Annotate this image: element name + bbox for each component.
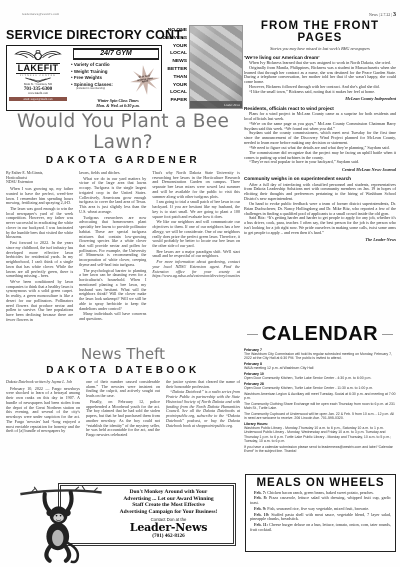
calendar-entry: February 8WAIA meeting 12 p.m. at Washbu… <box>244 362 396 370</box>
datebook-kicker: DAKOTA DATEBOOK <box>6 365 240 376</box>
house-ad-line: YOUR <box>153 43 187 51</box>
spin-class-times: Winter Spin Class Times Mon. & Wed. at 6… <box>73 98 163 108</box>
meal-menu: Stuffed pasta shell with meat sauce, veg… <box>250 512 391 522</box>
spin-times-line: Mon. & Wed. at 6:30 p.m. <box>73 103 163 108</box>
article-paragraph: February 10, 2022 — Fargo newsboys were … <box>6 387 80 434</box>
meal-menu: Chicken bacon ranch, green beans, baked … <box>267 490 374 495</box>
datebook-article: News Theft DAKOTA DATEBOOK Dakota Datebo… <box>6 345 240 466</box>
rule-right <box>382 334 393 336</box>
meal-item: Feb. 10: Stuffed pasta shell with meat s… <box>250 513 391 523</box>
article-paragraph: I am going to trial a small patch of bee… <box>152 200 240 219</box>
datebook-column-2: one of their number caused considerable … <box>86 380 160 466</box>
leader-news-logo: Leader-News <box>109 522 228 534</box>
story-paragraph: “I like the small town,” Bickness said, … <box>244 90 396 95</box>
meal-day: Feb. 7: <box>254 490 266 495</box>
ad-line: Advertising ... Let our Award Winning <box>109 496 228 503</box>
story-paragraph: Originally from Manila, Philippines, Bic… <box>244 66 396 85</box>
story-source: Central McLean News-Journal <box>244 167 396 172</box>
article-paragraph: We've been conditioned by lawn companies… <box>6 280 73 323</box>
ad-line: Don't Monkey Around with Your <box>109 489 228 496</box>
ad-line: Advertising Campaign for Your Business! <box>109 509 228 516</box>
story-source: The Leader-News <box>244 237 396 242</box>
masthead-email: leadernews@westriv.com <box>22 12 59 16</box>
house-ad-text: NO ONE DELIVERS YOUR LOCAL NEWS BETTER T… <box>153 27 187 105</box>
monkey-illustration <box>20 486 102 564</box>
article-paragraph: Bee lawns are a major paradigm shift. We… <box>152 250 240 259</box>
datebook-headline: News Theft <box>6 345 240 363</box>
ad-phone: (701) 462-8126 <box>109 533 228 539</box>
house-ad-line: LOCAL <box>153 89 187 97</box>
article-paragraph: Many individuals will have concerns and … <box>79 312 146 321</box>
story-paragraph: “They're not real popular to have in you… <box>244 160 396 165</box>
story-headline: Community weighs in on superintendent se… <box>244 176 396 181</box>
datebook-about: “Dakota Datebook” is a radio series from… <box>166 390 240 428</box>
datebook-column-1: Dakota Datebook written by Jayma L. Job … <box>6 380 80 466</box>
gardener-columns: By Esther E. McGinnis, Horticulturist ND… <box>6 171 240 336</box>
calendar-entry: The Community Clothing Share Exchange wi… <box>244 402 396 410</box>
gardener-article: Would You Plant a Bee Lawn? DAKOTA GARDE… <box>6 111 240 336</box>
ad-line: Staff Create the Most Effective <box>109 502 228 509</box>
calendar-text: WAIA meeting 12 p.m. at Washburn City Ha… <box>244 366 396 370</box>
story-superintendent-search: Community weighs in on superintendent se… <box>244 176 396 242</box>
story-paragraph: After a full day of interfacing with cla… <box>244 183 396 202</box>
article-paragraph: Finally, on February 12, police apprehen… <box>86 400 160 438</box>
calendar-title: CALENDAR <box>262 323 378 346</box>
gardener-column-3: That's why North Dakota State University… <box>152 171 240 336</box>
meals-on-wheels-box: MEALS ON WHEELS Feb. 7: Chicken bacon ra… <box>245 474 396 552</box>
story-source: McLean County Independent <box>244 96 396 101</box>
eagle-wings-icon <box>12 48 64 63</box>
calendar-text: Open Door Community Kitchen, Turtle Lake… <box>244 386 396 390</box>
house-ad-line: DELIVERS <box>153 35 187 43</box>
front-pages-title: FROM THE FRONT PAGES <box>244 20 396 44</box>
byline: By Esther E. McGinnis, Horticulturist ND… <box>6 171 73 185</box>
calendar-entry: February 28Open Door Community Kitchen, … <box>244 382 396 390</box>
article-paragraph: The lawn was good enough to win the loca… <box>6 207 73 240</box>
gardener-kicker: DAKOTA GARDENER <box>6 155 240 166</box>
article-paragraph: That's why North Dakota State University… <box>152 171 240 199</box>
house-ad-line: THAN <box>153 74 187 82</box>
extension-note: For more information about gardening, co… <box>152 260 240 279</box>
house-ad-line: NEWS <box>153 58 187 66</box>
gardener-column-1: By Esther E. McGinnis, Horticulturist ND… <box>6 171 73 336</box>
gym-bullet-note: (included in membership) <box>71 88 163 91</box>
article-paragraph: What we do in our yard matters by virtue… <box>79 177 146 215</box>
meal-menu: Fish, seasoned rice, five way vegetable,… <box>267 506 369 511</box>
newspapers-photo: Leader-News <box>189 25 243 109</box>
datebook-column-3: the justice system that cleared the name… <box>166 380 240 466</box>
calendar-text: The Community Cupboard of Underwood will… <box>244 412 396 420</box>
meals-title: MEALS ON WHEELS <box>250 477 391 489</box>
lakefit-offer-block: 24/7 GYM • Variety of Cardio • Weight Tr… <box>67 48 163 108</box>
article-paragraph: one of their number caused considerable … <box>86 380 160 399</box>
calendar-text: Washburn Public Library - Monday-Thursda… <box>244 426 396 443</box>
calendar-entry: February 10Open Door Community Kitchen, … <box>244 372 396 380</box>
calendar-entry: The Community Cupboard of Underwood will… <box>244 412 396 420</box>
calendar-entry: Washburn American Legion & Auxiliary wil… <box>244 392 396 400</box>
calendar-entry: If you have a calendar submission please… <box>244 445 396 453</box>
article-paragraph: the justice system that cleared the name… <box>166 380 240 389</box>
calendar-entry: Library Hours:Washburn Public Library - … <box>244 422 396 443</box>
house-ad-line: PAPER <box>153 97 187 105</box>
issue-info: News | 2.7.22 | 3 <box>244 12 396 18</box>
article-paragraph: We like our neighbors and will communica… <box>152 220 240 248</box>
front-pages-section: News | 2.7.22 | 3 FROM THE FRONT PAGES S… <box>244 12 396 322</box>
lakefit-logo-block: LAKEFIT FITNESS CENTER Main St. • Garris… <box>9 48 67 108</box>
lakefit-ad: LAKEFIT FITNESS CENTER Main St. • Garris… <box>6 45 162 111</box>
story-paragraph: Said Bitz: “It's getting harder and hard… <box>244 216 396 235</box>
calendar-text: Washburn American Legion & Auxiliary wil… <box>244 392 396 400</box>
datebook-columns: Dakota Datebook written by Jayma L. Job … <box>6 380 240 466</box>
house-ad-line: YOUR <box>153 82 187 90</box>
lakefit-name: LAKEFIT <box>16 63 61 74</box>
house-ad-line: BETTER <box>153 66 187 74</box>
calendar-text: The Washburn City Commission will hold i… <box>244 352 396 360</box>
calendar-section: CALENDAR February 7The Washburn City Com… <box>244 323 396 472</box>
meal-day: Feb. 9: <box>254 506 266 511</box>
story-wind-project: Residents, officials react to wind proje… <box>244 106 396 172</box>
photo-caption: Leader-News <box>190 101 242 108</box>
calendar-entry: February 7The Washburn City Commission w… <box>244 348 396 361</box>
gardener-column-2: lawns, fields and ditches. What we do in… <box>79 171 146 336</box>
lakefit-email: email: support@lakefit.com <box>9 97 67 101</box>
article-paragraph: Fast forward to 2022. In the years since… <box>6 241 73 279</box>
calendar-text: Open Door Community Kitchen, Turtle Lake… <box>244 376 396 380</box>
front-pages-subtitle: Stories you may have missed in last week… <box>244 46 396 51</box>
datebook-credit: Dakota Datebook written by Jayma L. Job <box>6 380 80 385</box>
calendar-text: If you have a calendar submission please… <box>244 445 396 453</box>
meal-item: Feb. 8: Pizza casserole, lettuce salad w… <box>250 496 391 506</box>
gardener-headline: Would You Plant a Bee Lawn? <box>6 111 240 153</box>
calendar-text: The Community Clothing Share Exchange wi… <box>244 402 396 410</box>
lakefit-website: www.lakefit.com <box>28 92 48 95</box>
page-number: 3 <box>393 12 396 18</box>
article-paragraph: The psychological barrier to planting a … <box>79 269 146 312</box>
meal-menu: Pizza casserole, lettuce salad with dres… <box>250 495 391 505</box>
story-paragraph: On hand to evoke public feedback were a … <box>244 202 396 216</box>
calendar-header: CALENDAR <box>244 323 396 346</box>
story-headline: Residents, officials react to wind proje… <box>244 106 396 111</box>
house-ad-line: NO ONE <box>153 27 187 35</box>
article-paragraph: When I was growing up, my father wanted … <box>6 187 73 206</box>
issue-date: News | 2.7.22 | <box>369 13 392 17</box>
meal-menu: Cheese burger deluxe on a bun, lettuce, … <box>250 522 391 532</box>
story-headline: ‘We’re living our American dream’ <box>244 55 396 60</box>
story-paragraph: Suydam said the county commissioners, wh… <box>244 131 396 145</box>
gym-heading: 24/7 GYM <box>73 48 159 60</box>
article-paragraph: Turfgrass researchers are now advocating… <box>79 216 146 268</box>
house-ad-line: LOCAL <box>153 50 187 58</box>
meal-item: Feb. 11: Cheese burger deluxe on a bun, … <box>250 523 391 533</box>
rule-left <box>247 334 258 336</box>
byline-line: NDSU Extension <box>6 180 73 185</box>
story-american-dream: ‘We’re living our American dream’ When I… <box>244 55 396 102</box>
